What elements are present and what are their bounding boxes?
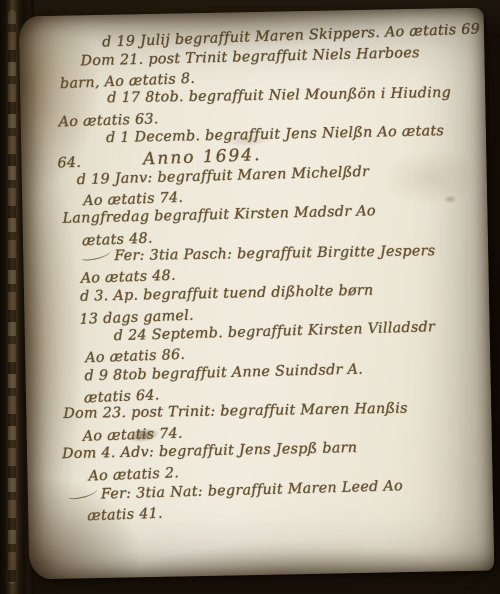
entry-text: Ao ætatis 63. [58, 111, 158, 130]
entry-text: Ao ætatis 86. [85, 347, 186, 366]
entry-text: Ao ætats 48. [80, 268, 176, 287]
pen-flourish-stroke [80, 247, 111, 261]
pen-flourish-stroke [67, 486, 98, 500]
entry-text: Ao ætatis 74. [83, 189, 184, 208]
entry-text: 64. [57, 155, 81, 172]
entry-text: ætatis 41. [87, 505, 163, 524]
manuscript-photo: d 19 Julij begraffuit Maren Skippers. Ao… [0, 0, 500, 594]
entry-text: Ao ætatis 74. [82, 425, 182, 444]
entry-text: Ao ætatis 2. [88, 465, 179, 484]
register-page: d 19 Julij begraffuit Maren Skippers. Ao… [19, 8, 495, 580]
manuscript-lines: d 19 Julij begraffuit Maren Skippers. Ao… [55, 24, 490, 571]
